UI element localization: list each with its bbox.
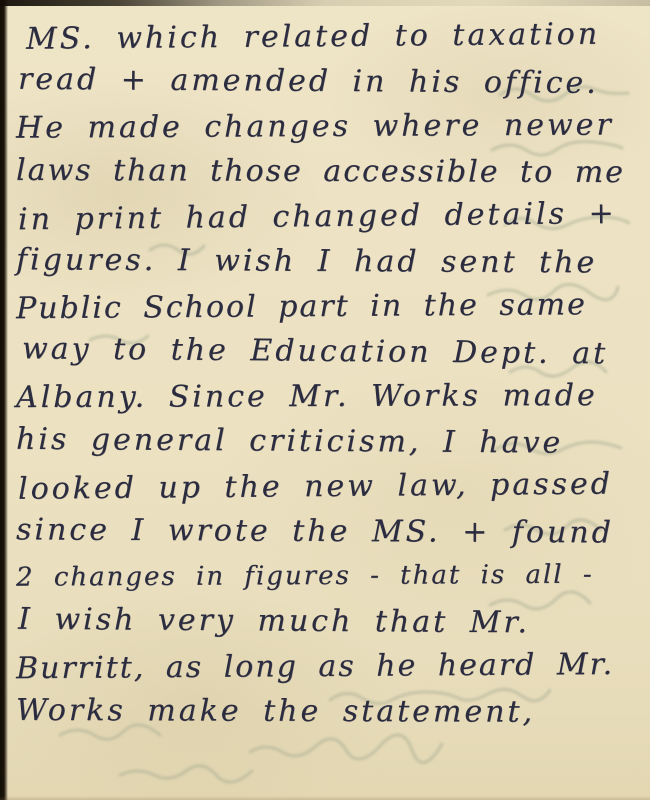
scanned-letter-page: MS. which related to taxation read + ame… (0, 0, 650, 800)
handwriting-line: Albany. Since Mr. Works made (16, 373, 650, 420)
handwriting-line: his general criticism, I have (16, 417, 650, 466)
handwriting-line: Public School part in the same (16, 282, 650, 331)
scan-edge-bottom (0, 796, 650, 800)
handwriting-line: read + amended in his office. (18, 57, 650, 106)
handwriting-line: figures. I wish I had sent the (16, 237, 650, 285)
handwriting-line: He made changes where newer (16, 102, 650, 150)
handwriting-line: Works make the statement, (16, 688, 650, 735)
handwriting-line: MS. which related to taxation (26, 11, 650, 61)
scan-edge-left (0, 0, 8, 800)
handwriting-line: 2 changes in figures - that is all - (16, 552, 650, 600)
handwriting-line: since I wrote the MS. + found (16, 507, 650, 555)
handwriting-line: in print had changed details + (18, 191, 650, 243)
handwriting-line: laws than those accessible to me (16, 148, 650, 195)
handwriting-line: way to the Education Dept. at (22, 326, 650, 376)
scan-edge-top (0, 0, 650, 6)
handwriting-line: I wish very much that Mr. (18, 597, 650, 646)
handwriting-line: looked up the new law, passed (18, 461, 650, 512)
handwriting-line: Burritt, as long as he heard Mr. (16, 642, 650, 691)
handwriting-lines: MS. which related to taxation read + ame… (0, 0, 650, 734)
